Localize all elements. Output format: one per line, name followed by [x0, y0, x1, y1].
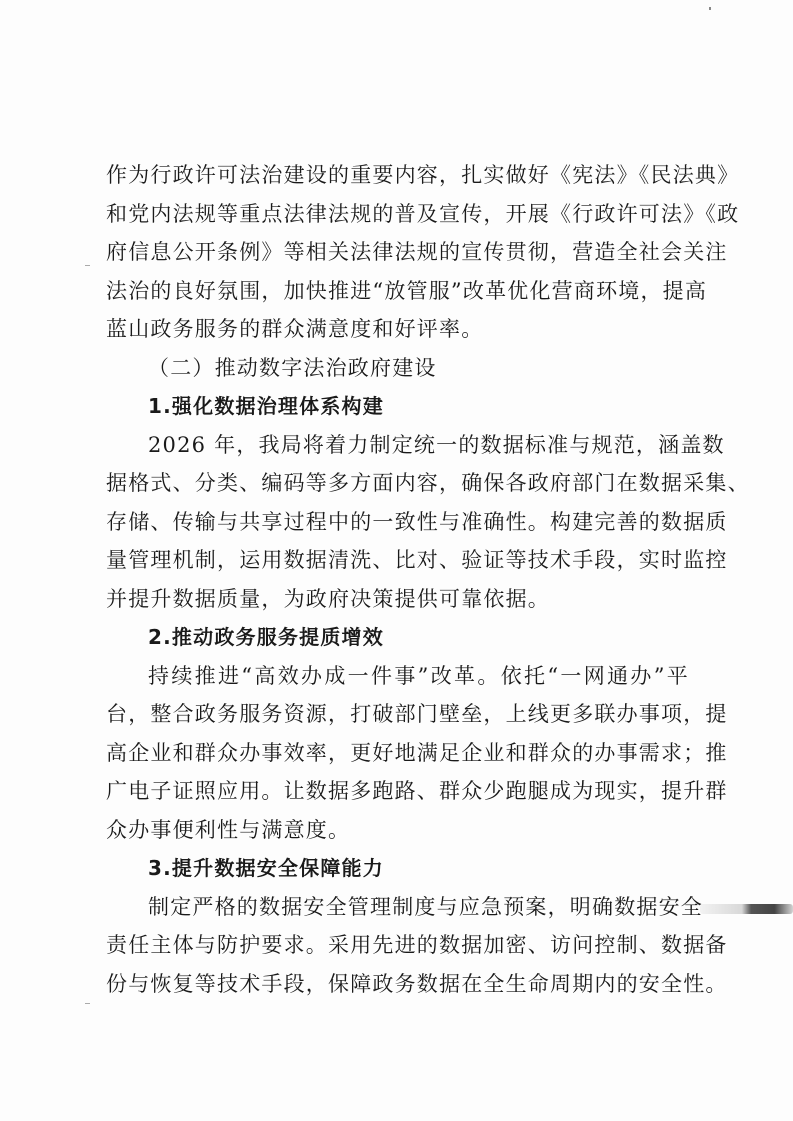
scan-speck — [85, 265, 90, 266]
paragraph-line: 作为行政许可法治建设的重要内容，扎实做好《宪法》《民法典》 — [106, 156, 689, 195]
paragraph-line: 量管理机制，运用数据清洗、比对、验证等技术手段，实时监控 — [106, 541, 689, 580]
subsection-heading-1: 1.强化数据治理体系构建 — [106, 387, 689, 426]
section-heading: （二）推动数字法治政府建设 — [106, 349, 689, 388]
paragraph-line: 广电子证照应用。让数据多跑路、群众少跑腿成为现实，提升群 — [106, 772, 689, 811]
scan-speck — [85, 1003, 90, 1004]
paragraph-line: 责任主体与防护要求。采用先进的数据加密、访问控制、数据备 — [106, 926, 689, 965]
paragraph-line: 份与恢复等技术手段，保障政务数据在全生命周期内的安全性。 — [106, 965, 689, 1004]
scanned-document-page: 作为行政许可法治建设的重要内容，扎实做好《宪法》《民法典》 和党内法规等重点法律… — [0, 0, 793, 1121]
scan-smudge — [700, 904, 793, 914]
paragraph-line: 和党内法规等重点法律法规的普及宣传，开展《行政许可法》《政 — [106, 195, 689, 234]
subsection-heading-2: 2.推动政务服务提质增效 — [106, 618, 689, 657]
paragraph-line: 台，整合政务服务资源，打破部门壁垒，上线更多联办事项，提 — [106, 695, 689, 734]
paragraph-line: 持续推进“高效办成一件事”改革。依托“一网通办”平 — [106, 657, 689, 696]
paragraph-line: 据格式、分类、编码等多方面内容，确保各政府部门在数据采集、 — [106, 464, 689, 503]
paragraph-line: 2026 年，我局将着力制定统一的数据标准与规范，涵盖数 — [106, 426, 689, 465]
paragraph-line: 制定严格的数据安全管理制度与应急预案，明确数据安全 — [106, 888, 689, 927]
subsection-heading-3: 3.提升数据安全保障能力 — [106, 849, 689, 888]
paragraph-line: 法治的良好氛围，加快推进“放管服”改革优化营商环境，提高 — [106, 272, 689, 311]
paragraph-line: 并提升数据质量，为政府决策提供可靠依据。 — [106, 580, 689, 619]
document-body: 作为行政许可法治建设的重要内容，扎实做好《宪法》《民法典》 和党内法规等重点法律… — [106, 156, 689, 1003]
paragraph-line: 府信息公开条例》等相关法律法规的宣传贯彻，营造全社会关注 — [106, 233, 689, 272]
paragraph-line: 众办事便利性与满意度。 — [106, 811, 689, 850]
paragraph-line: 高企业和群众办事效率，更好地满足企业和群众的办事需求；推 — [106, 734, 689, 773]
paragraph-line: 存储、传输与共享过程中的一致性与准确性。构建完善的数据质 — [106, 503, 689, 542]
paragraph-line: 蓝山政务服务的群众满意度和好评率。 — [106, 310, 689, 349]
scan-speck — [709, 7, 711, 10]
